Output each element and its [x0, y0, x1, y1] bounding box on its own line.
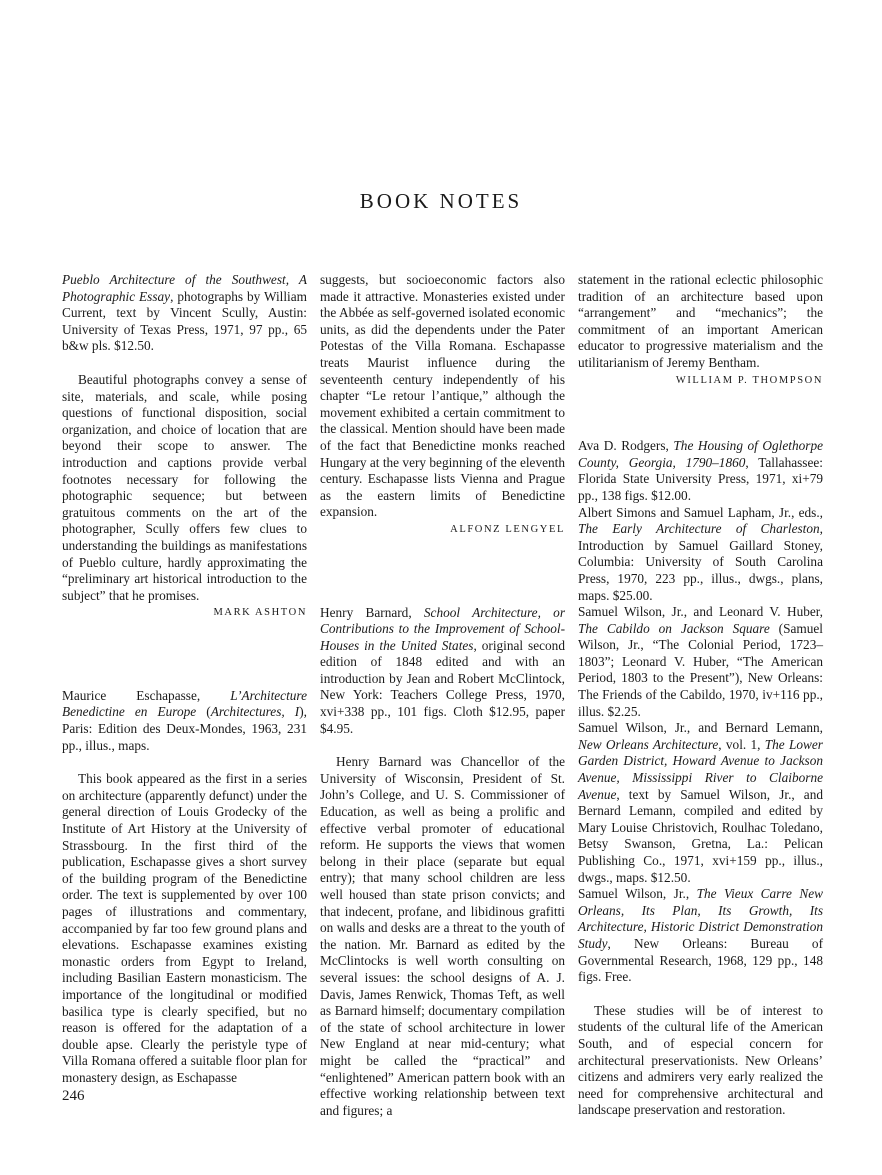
column-middle: suggests, but socioeconomic factors also…: [320, 272, 565, 1119]
citation-new-orleans-architecture: Samuel Wilson, Jr., and Bernard Lemann, …: [578, 720, 823, 886]
column-left: Pueblo Architecture of the Southwest, A …: [62, 272, 307, 1087]
review-body-benedictine: This book appeared as the first in a ser…: [62, 771, 307, 1086]
citation-architecture-benedictine: Maurice Eschapasse, L’Architecture Bened…: [62, 688, 307, 754]
review-body-barnard-continued: statement in the rational eclectic philo…: [578, 272, 823, 372]
citation-vieux-carre: Samuel Wilson, Jr., The Vieux Carre New …: [578, 886, 823, 986]
page-title: BOOK NOTES: [0, 189, 882, 214]
series-title: Architectures, I: [211, 704, 300, 719]
citation-pueblo-architecture: Pueblo Architecture of the Southwest, A …: [62, 272, 307, 355]
citation-cabildo: Samuel Wilson, Jr., and Leonard V. Huber…: [578, 604, 823, 720]
book-title: New Orleans Architecture: [578, 737, 718, 752]
review-body-pueblo: Beautiful photographs convey a sense of …: [62, 372, 307, 604]
page-number: 246: [62, 1088, 85, 1105]
citation-early-architecture-charleston: Albert Simons and Samuel Lapham, Jr., ed…: [578, 505, 823, 605]
review-body-southern-architecture: These studies will be of interest to stu…: [578, 1003, 823, 1119]
book-title: The Cabildo on Jackson Square: [578, 621, 770, 636]
reviewer-signature: WILLIAM P. THOMPSON: [578, 373, 823, 390]
book-title: The Early Architecture of Charleston: [578, 521, 820, 536]
citation-school-architecture: Henry Barnard, School Architecture, or C…: [320, 605, 565, 738]
review-body-barnard: Henry Barnard was Chancellor of the Univ…: [320, 754, 565, 1119]
review-body-benedictine-continued: suggests, but socioeconomic factors also…: [320, 272, 565, 521]
reviewer-signature: ALFONZ LENGYEL: [320, 522, 565, 539]
citation-housing-oglethorpe: Ava D. Rodgers, The Housing of Oglethorp…: [578, 438, 823, 504]
reviewer-signature: MARK ASHTON: [62, 605, 307, 622]
column-right: statement in the rational eclectic philo…: [578, 272, 823, 1119]
